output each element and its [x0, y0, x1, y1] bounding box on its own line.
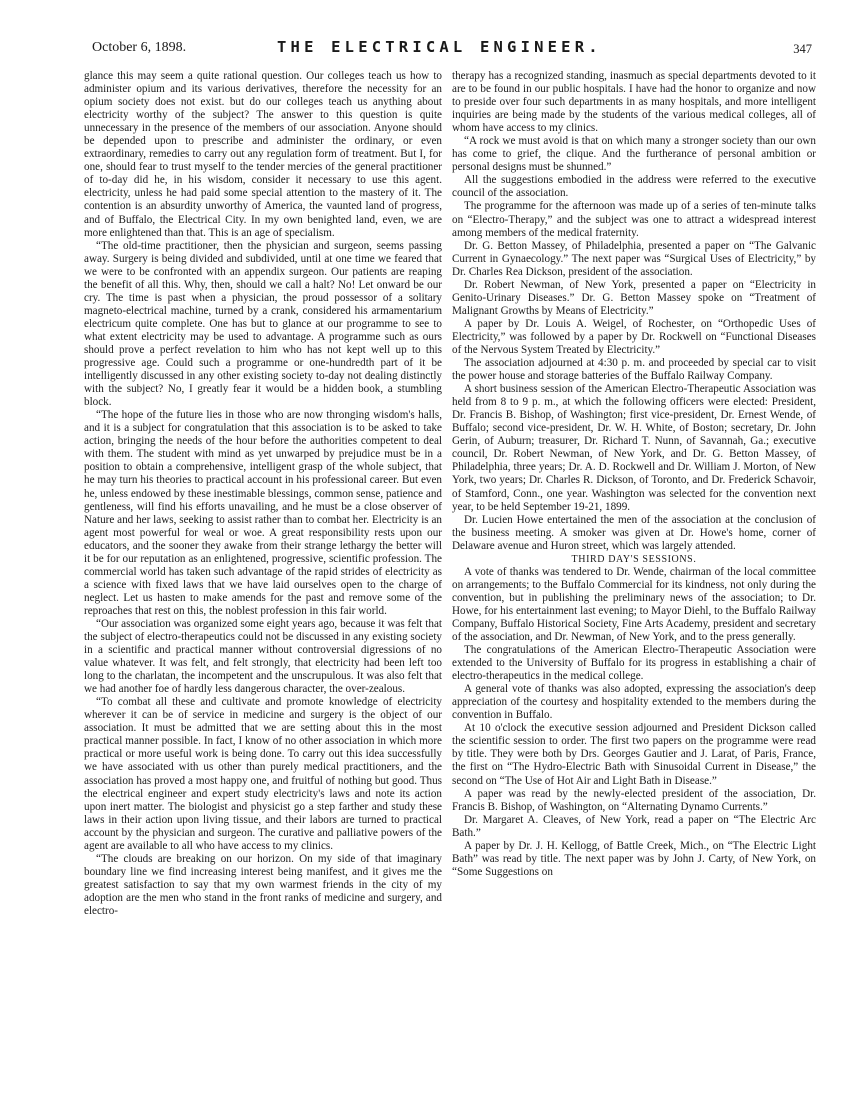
paragraph: “The clouds are breaking on our horizon.… [84, 853, 442, 918]
page-number: 347 [793, 42, 812, 57]
paragraph: All the suggestions embodied in the addr… [452, 174, 816, 200]
paragraph: “A rock we must avoid is that on which m… [452, 135, 816, 174]
paragraph: A general vote of thanks was also adopte… [452, 683, 816, 722]
paragraph: “To combat all these and cultivate and p… [84, 696, 442, 853]
page-header: October 6, 1898. THE ELECTRICAL ENGINEER… [92, 38, 822, 60]
paragraph: Dr. G. Betton Massey, of Philadelphia, p… [452, 240, 816, 279]
paragraph: The programme for the afternoon was made… [452, 200, 816, 239]
paragraph: A paper by Dr. J. H. Kellogg, of Battle … [452, 840, 816, 879]
paragraph: A vote of thanks was tendered to Dr. Wen… [452, 566, 816, 644]
paragraph: A paper was read by the newly-elected pr… [452, 788, 816, 814]
paragraph: “The old-time practitioner, then the phy… [84, 240, 442, 410]
issue-date: October 6, 1898. [92, 40, 186, 56]
paragraph: At 10 o'clock the executive session adjo… [452, 722, 816, 787]
paragraph: Dr. Robert Newman, of New York, presente… [452, 279, 816, 318]
left-column: glance this may seem a quite rational qu… [84, 70, 442, 918]
paragraph: A short business session of the American… [452, 383, 816, 513]
paragraph: “The hope of the future lies in those wh… [84, 409, 442, 618]
paragraph: The congratulations of the American Elec… [452, 644, 816, 683]
paragraph: therapy has a recognized standing, inasm… [452, 70, 816, 135]
paragraph: A paper by Dr. Louis A. Weigel, of Roche… [452, 318, 816, 357]
paragraph: Dr. Lucien Howe entertained the men of t… [452, 514, 816, 553]
publication-title: THE ELECTRICAL ENGINEER. [277, 38, 602, 56]
section-heading: THIRD DAY'S SESSIONS. [452, 553, 816, 566]
paragraph: glance this may seem a quite rational qu… [84, 70, 442, 240]
right-column: therapy has a recognized standing, inasm… [452, 70, 816, 879]
paragraph: Dr. Margaret A. Cleaves, of New York, re… [452, 814, 816, 840]
paragraph: “Our association was organized some eigh… [84, 618, 442, 696]
paragraph: The association adjourned at 4:30 p. m. … [452, 357, 816, 383]
